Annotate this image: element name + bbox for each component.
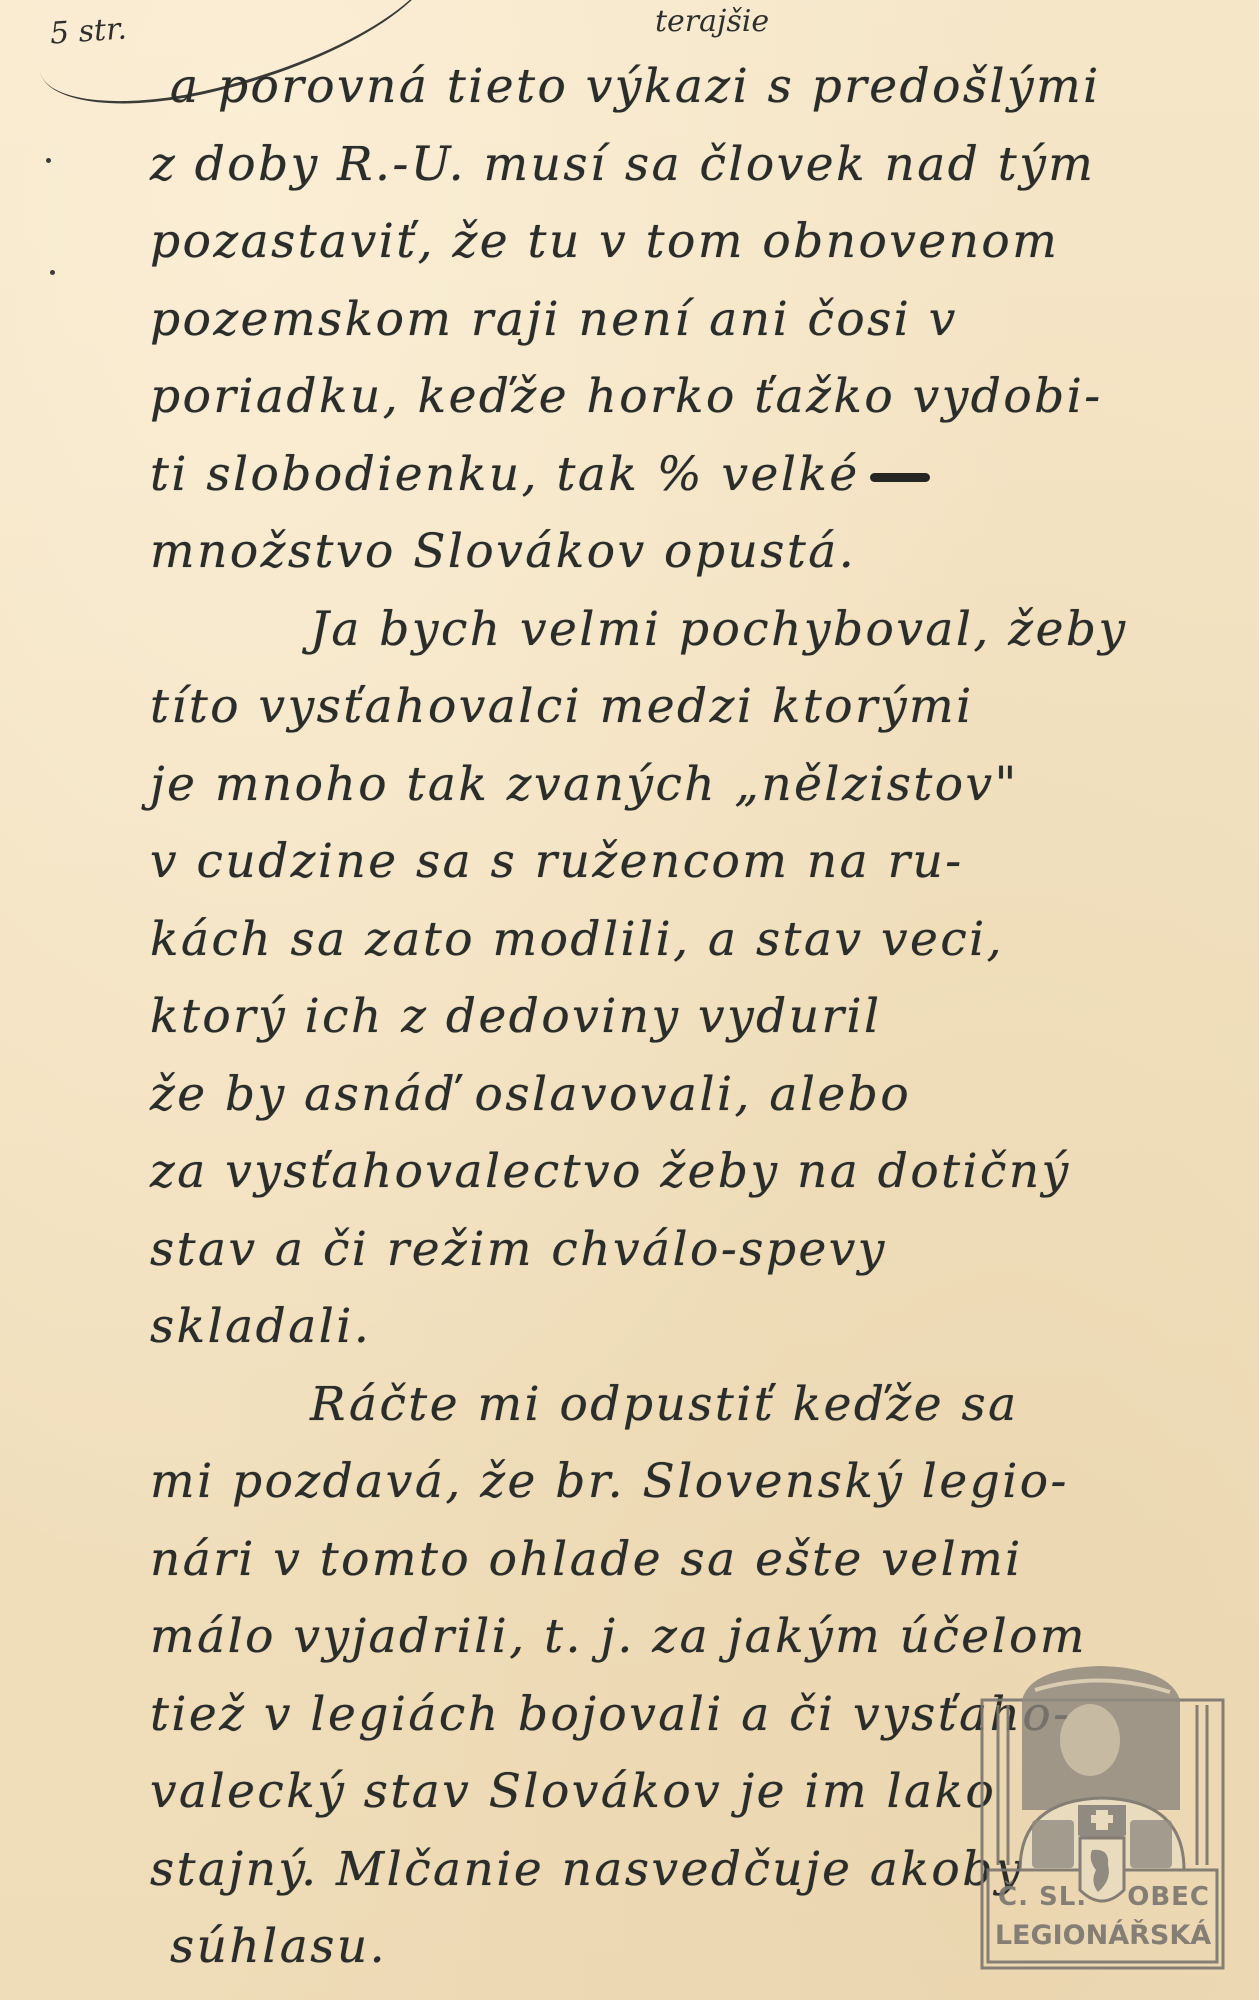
text-line-content: ti slobodienku, tak % velké xyxy=(150,447,860,502)
text-line: stav a či režim chválo-spevy xyxy=(150,1211,1230,1289)
stamp-text-top: Č. SL. OBEC xyxy=(998,1882,1210,1912)
insertion-note: terajšie xyxy=(655,4,769,39)
text-line: pozemskom raji není ani čosi v xyxy=(150,281,1230,359)
text-line: v cudzine sa s ružencom na ru- xyxy=(150,823,1230,901)
text-line: poriadku, keďže horko ťažko vydobi- xyxy=(150,358,1230,436)
text-line: a porovná tieto výkazi s predošlými xyxy=(150,48,1230,126)
text-line: mi pozdavá, že br. Slovenský legio- xyxy=(150,1443,1230,1521)
handwritten-letter-page: 5 str. terajšie a porovná tieto výkazi s… xyxy=(0,0,1259,2000)
text-line: skladali. xyxy=(150,1288,1230,1366)
text-line: ktorý ich z dedoviny vyduril xyxy=(150,978,1230,1056)
text-line: z doby R.-U. musí sa človek nad tým xyxy=(150,126,1230,204)
page-number: 5 str. xyxy=(49,11,128,51)
stamp-text-bottom: LEGIONÁŘSKÁ xyxy=(992,1920,1214,1951)
paragraph-start-line: Ja bych velmi pochyboval, žeby xyxy=(150,591,1230,669)
text-line: je mnoho tak zvaných „nělzistov" xyxy=(150,746,1230,824)
text-line: pozastaviť, že tu v tom obnovenom xyxy=(150,203,1230,281)
text-line: nári v tomto ohlade sa ešte velmi xyxy=(150,1521,1230,1599)
text-line: kách sa zato modlili, a stav veci, xyxy=(150,901,1230,979)
text-line: že by asnáď oslavovali, alebo xyxy=(150,1056,1230,1134)
text-line: množstvo Slovákov opustá. xyxy=(150,513,1230,591)
crossed-out-blot xyxy=(870,473,930,482)
margin-mark xyxy=(50,270,55,275)
stamp-text-right: OBEC xyxy=(1127,1882,1210,1912)
text-line: za vysťahovalectvo žeby na dotičný xyxy=(150,1133,1230,1211)
legion-stamp-watermark: Č. SL. OBEC LEGIONÁŘSKÁ xyxy=(980,1660,1225,1970)
text-line: títo vysťahovalci medzi ktorými xyxy=(150,668,1230,746)
margin-mark xyxy=(46,158,51,163)
text-line-with-strike: ti slobodienku, tak % velké xyxy=(150,436,1230,514)
paragraph-start-line: Ráčte mi odpustiť keďže sa xyxy=(150,1366,1230,1444)
stamp-text-left: Č. SL. xyxy=(998,1882,1087,1912)
